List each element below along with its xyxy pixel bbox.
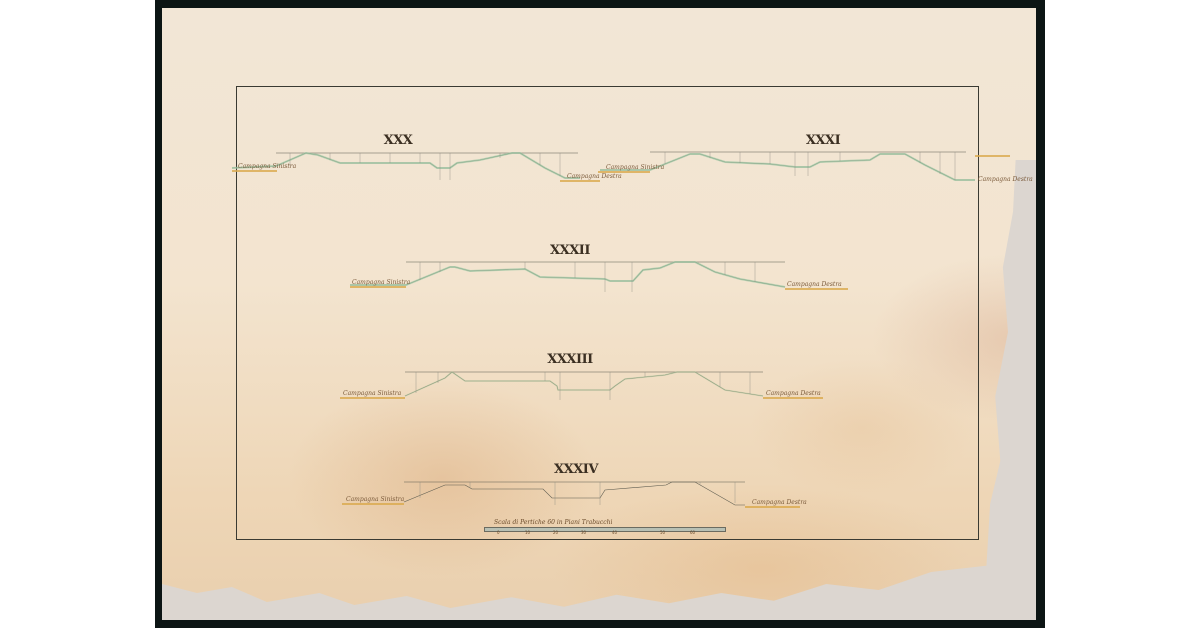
section-title-xxxii: XXXII	[550, 243, 590, 258]
campagna-wash	[342, 503, 404, 505]
section-title-xxxiv: XXXIV	[554, 462, 598, 477]
profile-xxxiii	[405, 372, 763, 396]
label-campagna-destra-xxxiv: Campagna Destra	[752, 499, 807, 506]
scale-caption: Scala di Pertiche 60 in Piani Trabucchi	[494, 519, 612, 526]
profile-xxxiv	[404, 482, 745, 505]
scale-tick: 10	[525, 530, 530, 535]
label-campagna-sinistra-xxxiv: Campagna Sinistra	[346, 496, 404, 503]
label-campagna-destra-xxxiii: Campagna Destra	[766, 390, 821, 397]
campagna-wash	[232, 170, 277, 172]
scale-tick: 40	[612, 530, 617, 535]
label-campagna-sinistra-xxx: Campagna Sinistra	[238, 163, 296, 170]
label-campagna-sinistra-xxxi: Campagna Sinistra	[606, 164, 664, 171]
profile-drawings	[0, 0, 1200, 628]
label-campagna-sinistra-xxxii: Campagna Sinistra	[352, 279, 410, 286]
measurement-ticks	[290, 152, 955, 505]
profile-xxxii	[350, 262, 785, 287]
campagna-wash	[745, 506, 800, 508]
campagna-wash	[785, 288, 848, 290]
scale-tick: 50	[660, 530, 665, 535]
section-title-xxxi: XXXI	[806, 133, 840, 148]
campagna-wash	[340, 397, 405, 399]
label-campagna-destra-xxxi: Campagna Destra	[978, 176, 1033, 183]
campagna-wash	[763, 397, 823, 399]
label-campagna-destra-xxx: Campagna Destra	[567, 173, 622, 180]
scale-tick: 20	[553, 530, 558, 535]
scale-tick: 60	[690, 530, 695, 535]
campagna-wash	[350, 286, 406, 288]
section-title-xxx: XXX	[384, 133, 413, 148]
campagna-wash	[598, 171, 650, 173]
label-campagna-destra-xxxii: Campagna Destra	[787, 281, 842, 288]
section-title-xxxiii: XXXIII	[547, 352, 593, 367]
scale-tick: 0	[497, 530, 500, 535]
scale-tick: 30	[581, 530, 586, 535]
campagna-wash	[560, 180, 600, 182]
campagna-wash	[975, 155, 1010, 157]
label-campagna-sinistra-xxxiii: Campagna Sinistra	[343, 390, 401, 397]
